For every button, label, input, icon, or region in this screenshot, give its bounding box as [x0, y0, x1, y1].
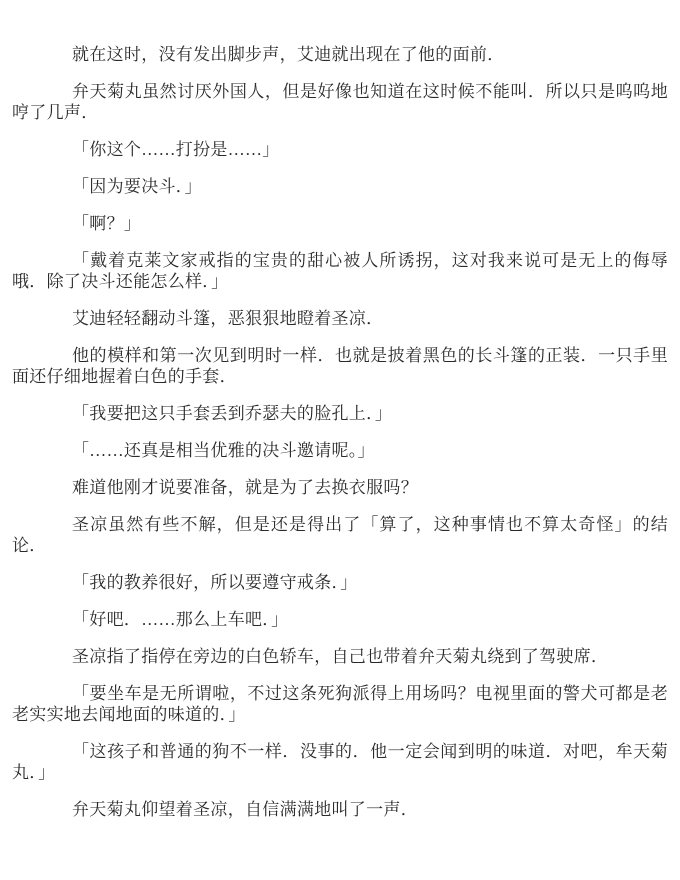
paragraph: 难道他刚才说要准备，就是为了去换衣服吗？ — [12, 477, 668, 498]
paragraph: 弁天菊丸虽然讨厌外国人，但是好像也知道在这时候不能叫．所以只是呜呜地哼了几声． — [12, 81, 668, 123]
paragraph: 圣凉指了指停在旁边的白色轿车，自己也带着弁天菊丸绕到了驾驶席． — [12, 646, 668, 667]
dialogue-paragraph: 「我要把这只手套丢到乔瑟夫的脸孔上．」 — [12, 403, 668, 424]
dialogue-paragraph: 「我的教养很好，所以要遵守戒条．」 — [12, 572, 668, 593]
dialogue-paragraph: 「你这个……打扮是……」 — [12, 139, 668, 160]
dialogue-paragraph: 「戴着克莱文家戒指的宝贵的甜心被人所诱拐，这对我来说可是无上的侮辱哦．除了决斗还… — [12, 250, 668, 292]
paragraph: 就在这时，没有发出脚步声，艾迪就出现在了他的面前． — [12, 44, 668, 65]
paragraph: 艾迪轻轻翻动斗篷，恶狠狠地瞪着圣凉． — [12, 308, 668, 329]
dialogue-paragraph: 「因为要决斗．」 — [12, 176, 668, 197]
paragraph: 弁天菊丸仰望着圣凉，自信满满地叫了一声． — [12, 799, 668, 820]
dialogue-paragraph: 「这孩子和普通的狗不一样．没事的．他一定会闻到明的味道．对吧，牟天菊丸．」 — [12, 741, 668, 783]
dialogue-paragraph: 「……还真是相当优雅的决斗邀请呢。」 — [12, 440, 668, 461]
paragraph: 圣凉虽然有些不解，但是还是得出了「算了，这种事情也不算太奇怪」的结论． — [12, 514, 668, 556]
dialogue-paragraph: 「好吧．……那么上车吧．」 — [12, 609, 668, 630]
dialogue-paragraph: 「要坐车是无所谓啦，不过这条死狗派得上用场吗？电视里面的警犬可都是老老实实地去闻… — [12, 683, 668, 725]
paragraph: 他的模样和第一次见到明时一样．也就是披着黑色的长斗篷的正装．一只手里面还仔细地握… — [12, 345, 668, 387]
dialogue-paragraph: 「啊？」 — [12, 213, 668, 234]
novel-text-page: 就在这时，没有发出脚步声，艾迪就出现在了他的面前． 弁天菊丸虽然讨厌外国人，但是… — [0, 0, 680, 880]
